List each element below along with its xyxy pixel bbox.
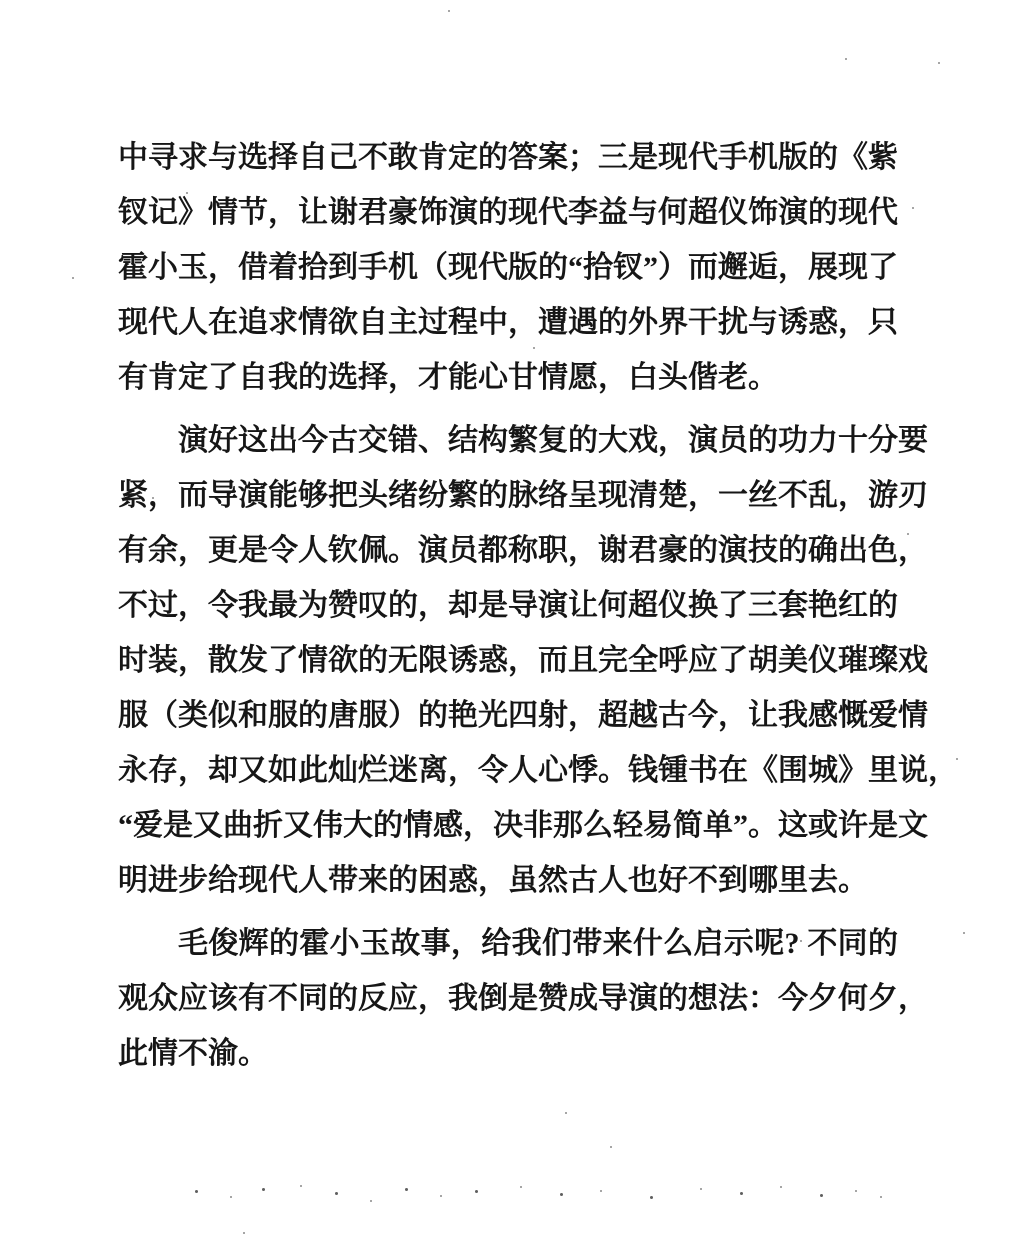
text-line: 现代人在追求情欲自主过程中，遭遇的外界干扰与诱惑，只: [118, 295, 898, 350]
text-line: 有余，更是令人钦佩。演员都称职，谢君豪的演技的确出色，: [118, 523, 898, 578]
text-line: 中寻求与选择自己不敢肯定的答案；三是现代手机版的《紫: [118, 130, 898, 185]
text-line: 毛俊辉的霍小玉故事，给我们带来什么启示呢? 不同的: [118, 916, 898, 971]
text-line: 不过，令我最为赞叹的，却是导演让何超仪换了三套艳红的: [118, 578, 898, 633]
text-line: “爱是又曲折又伟大的情感，决非那么轻易简单”。这或许是文: [118, 798, 898, 853]
text-line: 有肯定了自我的选择，才能心甘情愿，白头偕老。: [118, 350, 898, 405]
text-line: 明进步给现代人带来的困惑，虽然古人也好不到哪里去。: [118, 853, 898, 908]
text-line: 服（类似和服的唐服）的艳光四射，超越古今，让我感慨爱情: [118, 688, 898, 743]
paragraph-2: 演好这出今古交错、结构繁复的大戏，演员的功力十分要 紧，而导演能够把头绪纷繁的脉…: [118, 413, 898, 908]
text-line: 演好这出今古交错、结构繁复的大戏，演员的功力十分要: [118, 413, 898, 468]
paragraph-3: 毛俊辉的霍小玉故事，给我们带来什么启示呢? 不同的 观众应该有不同的反应，我倒是…: [118, 916, 898, 1081]
text-line: 紧，而导演能够把头绪纷繁的脉络呈现清楚，一丝不乱，游刃: [118, 468, 898, 523]
text-line: 时装，散发了情欲的无限诱惑，而且完全呼应了胡美仪璀璨戏: [118, 633, 898, 688]
page-text-block: 中寻求与选择自己不敢肯定的答案；三是现代手机版的《紫 钗记》情节，让谢君豪饰演的…: [118, 130, 898, 1081]
scanned-page: 中寻求与选择自己不敢肯定的答案；三是现代手机版的《紫 钗记》情节，让谢君豪饰演的…: [0, 0, 1018, 1256]
text-line: 观众应该有不同的反应，我倒是赞成导演的想法：今夕何夕，: [118, 971, 898, 1026]
paragraph-1: 中寻求与选择自己不敢肯定的答案；三是现代手机版的《紫 钗记》情节，让谢君豪饰演的…: [118, 130, 898, 405]
text-line: 此情不渝。: [118, 1026, 898, 1081]
text-line: 钗记》情节，让谢君豪饰演的现代李益与何超仪饰演的现代: [118, 185, 898, 240]
text-line: 永存，却又如此灿烂迷离，令人心悸。钱锺书在《围城》里说，: [118, 743, 898, 798]
text-line: 霍小玉，借着拾到手机（现代版的“拾钗”）而邂逅，展现了: [118, 240, 898, 295]
